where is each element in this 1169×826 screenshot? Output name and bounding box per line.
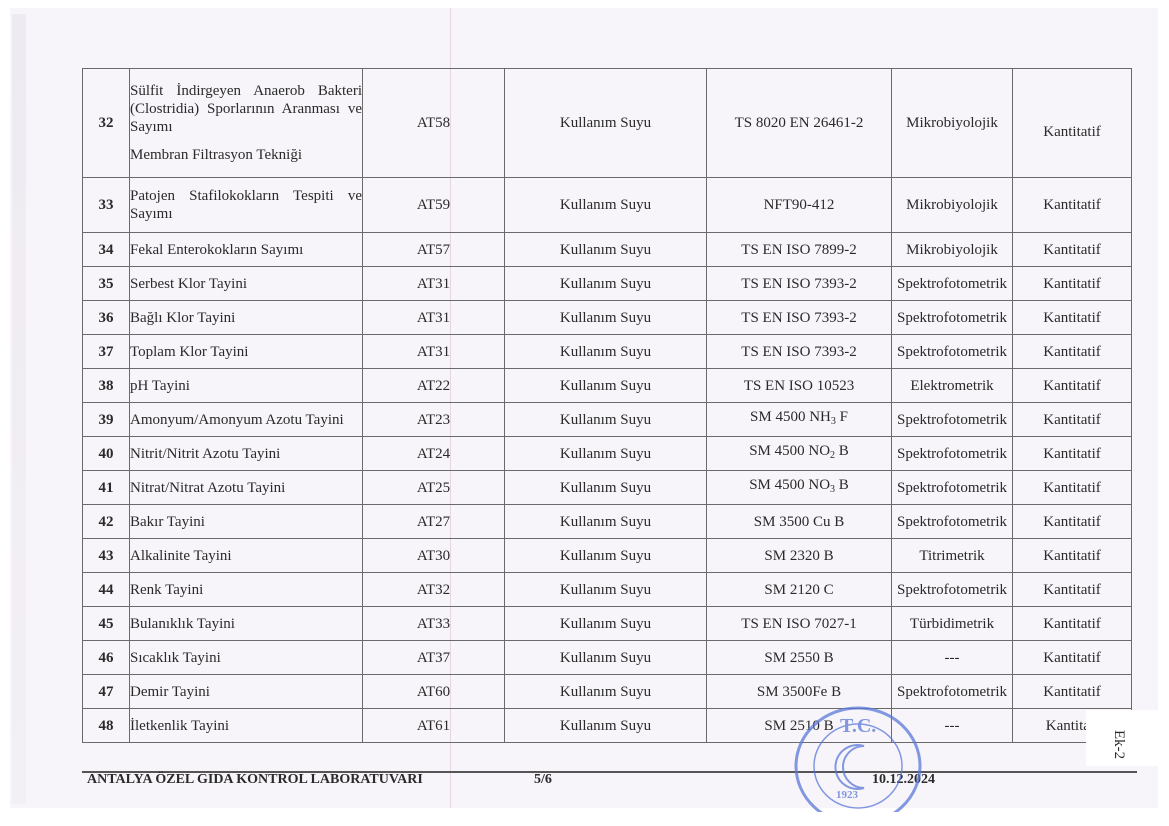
- table-row: 40Nitrit/Nitrit Azotu TayiniAT24Kullanım…: [83, 437, 1132, 471]
- analysis-type: Kantitatif: [1013, 369, 1132, 403]
- analysis-type: Kantitatif: [1013, 505, 1132, 539]
- table-row: 36Bağlı Klor TayiniAT31Kullanım SuyuTS E…: [83, 301, 1132, 335]
- table-row: 33Patojen Stafilokokların Tespiti ve Say…: [83, 178, 1132, 233]
- matrix: Kullanım Suyu: [505, 403, 707, 437]
- matrix: Kullanım Suyu: [505, 641, 707, 675]
- analysis-type: Kantitatif: [1013, 69, 1132, 178]
- method-code: AT32: [363, 573, 505, 607]
- matrix: Kullanım Suyu: [505, 437, 707, 471]
- technique: Spektrofotometrik: [892, 301, 1013, 335]
- scan-edge-shadow: [12, 14, 26, 804]
- test-name: Serbest Klor Tayini: [130, 267, 363, 301]
- matrix: Kullanım Suyu: [505, 607, 707, 641]
- test-name: Toplam Klor Tayini: [130, 335, 363, 369]
- row-number: 32: [83, 69, 130, 178]
- table-row: 39Amonyum/Amonyum Azotu TayiniAT23Kullan…: [83, 403, 1132, 437]
- analysis-type: Kantitatif: [1013, 437, 1132, 471]
- method-code: AT58: [363, 69, 505, 178]
- method-code: AT59: [363, 178, 505, 233]
- table-row: 34Fekal Enterokokların SayımıAT57Kullanı…: [83, 233, 1132, 267]
- row-number: 47: [83, 675, 130, 709]
- reference-standard: SM 4500 NO2 B: [707, 437, 892, 471]
- row-number: 33: [83, 178, 130, 233]
- reference-standard: SM 4500 NH3 F: [707, 403, 892, 437]
- reference-standard: NFT90-412: [707, 178, 892, 233]
- matrix: Kullanım Suyu: [505, 573, 707, 607]
- test-name: Bakır Tayini: [130, 505, 363, 539]
- table-row: 45Bulanıklık TayiniAT33Kullanım SuyuTS E…: [83, 607, 1132, 641]
- technique: Titrimetrik: [892, 539, 1013, 573]
- analysis-type: Kantitatif: [1013, 233, 1132, 267]
- method-code: AT60: [363, 675, 505, 709]
- table-row: 35Serbest Klor TayiniAT31Kullanım SuyuTS…: [83, 267, 1132, 301]
- test-name: pH Tayini: [130, 369, 363, 403]
- matrix: Kullanım Suyu: [505, 301, 707, 335]
- row-number: 34: [83, 233, 130, 267]
- test-name: Renk Tayini: [130, 573, 363, 607]
- reference-standard: TS EN ISO 7899-2: [707, 233, 892, 267]
- matrix: Kullanım Suyu: [505, 233, 707, 267]
- matrix: Kullanım Suyu: [505, 267, 707, 301]
- matrix: Kullanım Suyu: [505, 675, 707, 709]
- reference-standard: TS EN ISO 7393-2: [707, 335, 892, 369]
- row-number: 44: [83, 573, 130, 607]
- method-code: AT31: [363, 267, 505, 301]
- reference-standard: TS EN ISO 7393-2: [707, 301, 892, 335]
- analysis-type: Kantitatif: [1013, 403, 1132, 437]
- row-number: 38: [83, 369, 130, 403]
- method-code: AT31: [363, 301, 505, 335]
- reference-standard: SM 4500 NO3 B: [707, 471, 892, 505]
- row-number: 48: [83, 709, 130, 743]
- matrix: Kullanım Suyu: [505, 471, 707, 505]
- analysis-type: Kantitatif: [1013, 539, 1132, 573]
- technique: Spektrofotometrik: [892, 267, 1013, 301]
- annex-label: Ek-2: [1110, 730, 1127, 759]
- analysis-type: Kantitatif: [1013, 267, 1132, 301]
- reference-standard: SM 2120 C: [707, 573, 892, 607]
- method-code: AT31: [363, 335, 505, 369]
- technique: Elektrometrik: [892, 369, 1013, 403]
- row-number: 45: [83, 607, 130, 641]
- footer-date: 10.12.2024: [872, 772, 935, 788]
- row-number: 36: [83, 301, 130, 335]
- table-row: 41Nitrat/Nitrat Azotu TayiniAT25Kullanım…: [83, 471, 1132, 505]
- test-name: Fekal Enterokokların Sayımı: [130, 233, 363, 267]
- row-number: 42: [83, 505, 130, 539]
- technique: Spektrofotometrik: [892, 335, 1013, 369]
- row-number: 40: [83, 437, 130, 471]
- matrix: Kullanım Suyu: [505, 539, 707, 573]
- technique: Mikrobiyolojik: [892, 233, 1013, 267]
- technique: Spektrofotometrik: [892, 505, 1013, 539]
- analysis-type: Kantitatif: [1013, 301, 1132, 335]
- technique: Spektrofotometrik: [892, 403, 1013, 437]
- row-number: 35: [83, 267, 130, 301]
- matrix: Kullanım Suyu: [505, 709, 707, 743]
- test-name: Sıcaklık Tayini: [130, 641, 363, 675]
- matrix: Kullanım Suyu: [505, 335, 707, 369]
- table-row: 32Sülfit İndirgeyen Anaerob Bakteri (Clo…: [83, 69, 1132, 178]
- method-code: AT24: [363, 437, 505, 471]
- method-code: AT25: [363, 471, 505, 505]
- analysis-type: Kantitatif: [1013, 641, 1132, 675]
- matrix: Kullanım Suyu: [505, 178, 707, 233]
- footer-lab-name: ANTALYA ÖZEL GIDA KONTROL LABORATUVARI: [87, 772, 423, 788]
- technique: Spektrofotometrik: [892, 437, 1013, 471]
- method-code: AT61: [363, 709, 505, 743]
- table-row: 38pH TayiniAT22Kullanım SuyuTS EN ISO 10…: [83, 369, 1132, 403]
- row-number: 39: [83, 403, 130, 437]
- test-name: Sülfit İndirgeyen Anaerob Bakteri (Clost…: [130, 69, 363, 178]
- accreditation-scope-table: 32Sülfit İndirgeyen Anaerob Bakteri (Clo…: [82, 68, 1132, 743]
- reference-standard: TS EN ISO 10523: [707, 369, 892, 403]
- method-code: AT30: [363, 539, 505, 573]
- reference-standard: TS EN ISO 7393-2: [707, 267, 892, 301]
- reference-standard: SM 2550 B: [707, 641, 892, 675]
- table-row: 43Alkalinite TayiniAT30Kullanım SuyuSM 2…: [83, 539, 1132, 573]
- row-number: 41: [83, 471, 130, 505]
- test-method-note: Membran Filtrasyon Tekniği: [130, 147, 302, 163]
- method-code: AT23: [363, 403, 505, 437]
- test-name: İletkenlik Tayini: [130, 709, 363, 743]
- reference-standard: SM 2510 B: [707, 709, 892, 743]
- analysis-type: Kantitatif: [1013, 607, 1132, 641]
- table-row: 44Renk TayiniAT32Kullanım SuyuSM 2120 CS…: [83, 573, 1132, 607]
- matrix: Kullanım Suyu: [505, 505, 707, 539]
- reference-standard: TS 8020 EN 26461-2: [707, 69, 892, 178]
- technique: Spektrofotometrik: [892, 471, 1013, 505]
- matrix: Kullanım Suyu: [505, 369, 707, 403]
- technique: Türbidimetrik: [892, 607, 1013, 641]
- table-row: 48İletkenlik TayiniAT61Kullanım SuyuSM 2…: [83, 709, 1132, 743]
- table-row: 37Toplam Klor TayiniAT31Kullanım SuyuTS …: [83, 335, 1132, 369]
- footer-page-number: 5/6: [534, 772, 552, 788]
- method-code: AT37: [363, 641, 505, 675]
- test-name: Amonyum/Amonyum Azotu Tayini: [130, 403, 363, 437]
- test-name: Patojen Stafilokokların Tespiti ve Sayım…: [130, 178, 363, 233]
- test-name: Bağlı Klor Tayini: [130, 301, 363, 335]
- method-code: AT22: [363, 369, 505, 403]
- analysis-type: Kantitatif: [1013, 178, 1132, 233]
- reference-standard: SM 3500 Cu B: [707, 505, 892, 539]
- row-number: 46: [83, 641, 130, 675]
- method-code: AT27: [363, 505, 505, 539]
- reference-standard: SM 3500Fe B: [707, 675, 892, 709]
- method-code: AT33: [363, 607, 505, 641]
- analysis-type: Kantitatif: [1013, 675, 1132, 709]
- table-row: 42Bakır TayiniAT27Kullanım SuyuSM 3500 C…: [83, 505, 1132, 539]
- technique: ---: [892, 709, 1013, 743]
- test-name: Bulanıklık Tayini: [130, 607, 363, 641]
- technique: Spektrofotometrik: [892, 675, 1013, 709]
- method-code: AT57: [363, 233, 505, 267]
- technique: Mikrobiyolojik: [892, 178, 1013, 233]
- technique: Spektrofotometrik: [892, 573, 1013, 607]
- test-name: Nitrat/Nitrat Azotu Tayini: [130, 471, 363, 505]
- table-row: 46Sıcaklık TayiniAT37Kullanım SuyuSM 255…: [83, 641, 1132, 675]
- technique: Mikrobiyolojik: [892, 69, 1013, 178]
- matrix: Kullanım Suyu: [505, 69, 707, 178]
- row-number: 43: [83, 539, 130, 573]
- reference-standard: TS EN ISO 7027-1: [707, 607, 892, 641]
- analysis-type: Kantitatif: [1013, 573, 1132, 607]
- analysis-type: Kantitatif: [1013, 471, 1132, 505]
- analysis-type: Kantitatif: [1013, 335, 1132, 369]
- test-name: Alkalinite Tayini: [130, 539, 363, 573]
- test-name: Demir Tayini: [130, 675, 363, 709]
- test-name: Nitrit/Nitrit Azotu Tayini: [130, 437, 363, 471]
- row-number: 37: [83, 335, 130, 369]
- technique: ---: [892, 641, 1013, 675]
- reference-standard: SM 2320 B: [707, 539, 892, 573]
- table-row: 47Demir TayiniAT60Kullanım SuyuSM 3500Fe…: [83, 675, 1132, 709]
